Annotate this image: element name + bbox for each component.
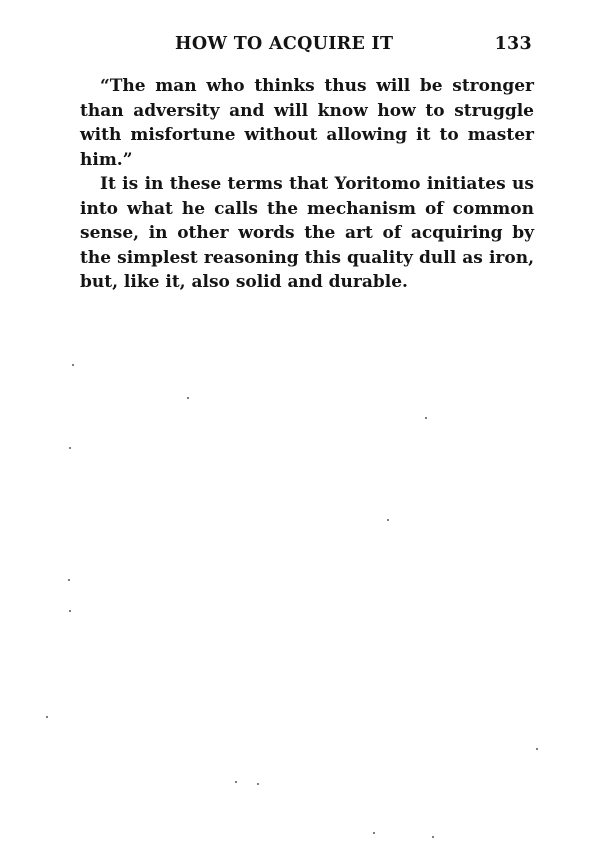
scan-speck	[69, 610, 71, 612]
scan-speck	[425, 417, 427, 419]
page-header: HOW TO ACQUIRE IT 133	[170, 34, 540, 58]
text-line: “The man who thinks thus will be stronge…	[80, 74, 534, 99]
text-line: the simplest reasoning this quality dull…	[80, 246, 534, 271]
scan-speck	[46, 716, 48, 718]
text-line: than adversity and will know how to stru…	[80, 99, 534, 124]
scan-speck	[69, 447, 71, 449]
scan-speck	[187, 397, 189, 399]
scan-speck	[432, 836, 434, 838]
page-number: 133	[495, 34, 532, 54]
text-line: him.”	[80, 148, 534, 173]
text-line: but, like it, also solid and durable.	[80, 270, 534, 295]
scan-speck	[68, 579, 70, 581]
scan-speck	[257, 783, 259, 785]
scan-speck	[373, 832, 375, 834]
text-line: sense, in other words the art of acquiri…	[80, 221, 534, 246]
scan-speck	[536, 748, 538, 750]
paragraph-commentary: It is in these terms that Yoritomo initi…	[80, 172, 534, 295]
page-body: “The man who thinks thus will be stronge…	[80, 74, 534, 295]
text-line: into what he calls the mechanism of comm…	[80, 197, 534, 222]
paragraph-quote: “The man who thinks thus will be stronge…	[80, 74, 534, 172]
text-line: with misfortune without allowing it to m…	[80, 123, 534, 148]
running-title: HOW TO ACQUIRE IT	[175, 34, 393, 54]
scan-speck	[235, 781, 237, 783]
scan-speck	[387, 519, 389, 521]
scan-speck	[72, 364, 74, 366]
text-line: It is in these terms that Yoritomo initi…	[80, 172, 534, 197]
